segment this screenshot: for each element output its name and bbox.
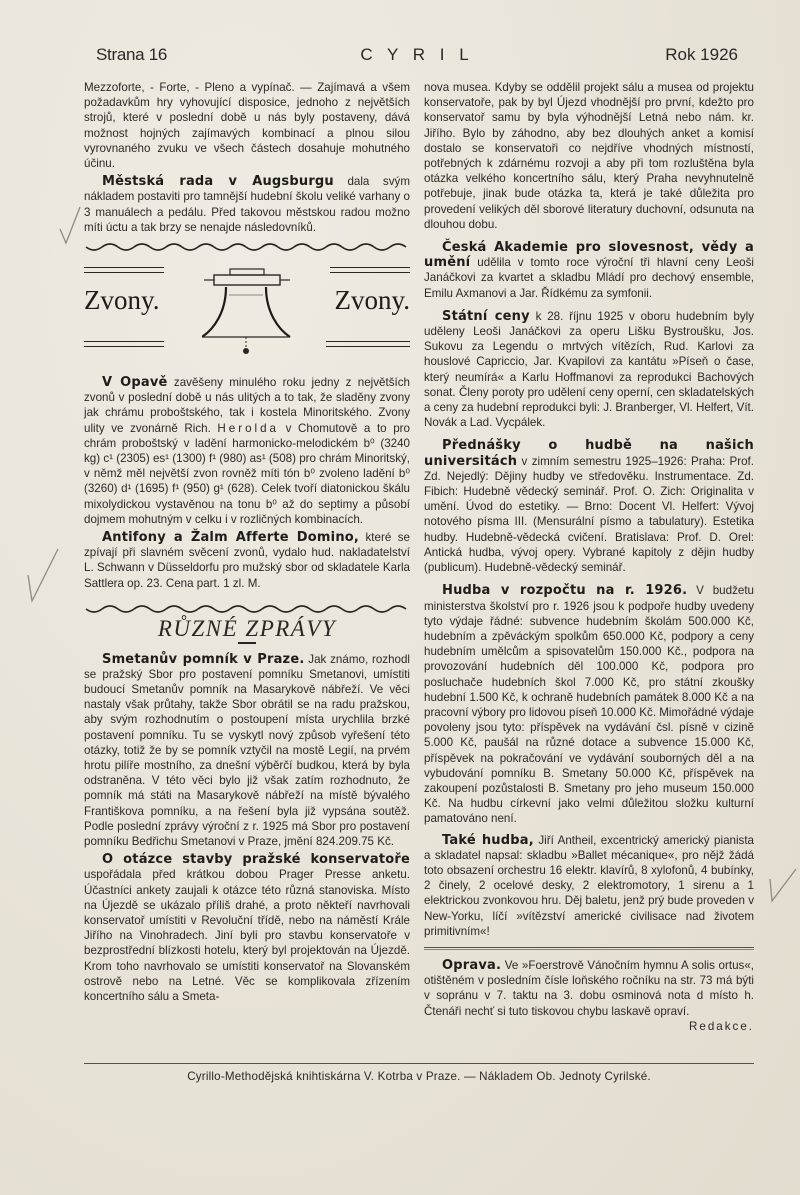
correction-article: Oprava. Ve »Foerstrově Vánočním hymnu A … bbox=[424, 958, 754, 1019]
konservator-article: O otázce stavby pražské konservatoře usp… bbox=[84, 852, 410, 1004]
augsburg-heading: Městská rada v Augsburgu bbox=[102, 174, 334, 189]
section-dash bbox=[238, 642, 256, 644]
konservator-article-cont: nova musea. Kdyby se oddělil projekt sál… bbox=[424, 80, 754, 232]
opava-article: V Opavě zavěšeny minulého roku jedny z n… bbox=[84, 375, 410, 527]
antheil-article: Také hudba, Jiří Antheil, excentrický am… bbox=[424, 833, 754, 939]
column-rule bbox=[424, 947, 754, 950]
double-rule bbox=[84, 267, 164, 273]
left-column: Mezzoforte, - Forte, - Pleno a vypínač. … bbox=[84, 80, 410, 1004]
masthead-title: C Y R I L bbox=[96, 45, 738, 65]
augsburg-article: Městská rada v Augsburgu dala svým nákla… bbox=[84, 174, 410, 235]
bells-heading-block: Zvony. Zvony. bbox=[84, 259, 410, 369]
smetana-heading: Smetanův pomník v Praze. bbox=[102, 652, 304, 667]
opava-text-cont: v Chomutově a to pro chrám proboštský v … bbox=[84, 422, 410, 526]
pencil-checkmark-icon bbox=[768, 865, 798, 905]
konservator-heading: O otázce stavby pražské konservatoře bbox=[102, 852, 410, 867]
editorial-signature: Redakce. bbox=[671, 1019, 754, 1034]
pencil-checkmark-icon bbox=[22, 545, 62, 605]
page-header: Strana 16 C Y R I L Rok 1926 bbox=[96, 45, 738, 69]
pencil-checkmark-icon bbox=[58, 205, 82, 245]
antheil-text: Jiří Antheil, excentrický americký piani… bbox=[424, 834, 754, 938]
double-rule bbox=[84, 341, 164, 347]
correction-heading: Oprava. bbox=[442, 958, 501, 973]
lectures-text: v zimním semestru 1925–1926: Praha: Prof… bbox=[424, 455, 754, 574]
konservator-text: uspořádala před krátkou dobou Prager Pre… bbox=[84, 868, 410, 1003]
ornamental-wave-divider bbox=[84, 605, 410, 615]
issue-year: Rok 1926 bbox=[665, 45, 738, 65]
opava-heading: V Opavě bbox=[102, 375, 168, 390]
akademie-article: Česká Akademie pro slovesnost, vědy a um… bbox=[424, 240, 754, 301]
state-prizes-heading: Státní ceny bbox=[442, 309, 530, 324]
bell-founder-name: Herolda bbox=[217, 422, 279, 435]
antifony-article: Antifony a Žalm Afferte Domino, které se… bbox=[84, 530, 410, 591]
printer-imprint: Cyrillo-Methodějská knihtiskárna V. Kotr… bbox=[84, 1063, 754, 1083]
smetana-text: Jak známo, rozhodl se pražský Sbor pro p… bbox=[84, 653, 410, 848]
state-prizes-text: k 28. říjnu 1925 v oboru hudebním byly u… bbox=[424, 310, 754, 429]
organ-article-end: Mezzoforte, - Forte, - Pleno a vypínač. … bbox=[84, 80, 410, 171]
bell-icon bbox=[202, 267, 292, 359]
newspaper-page: Strana 16 C Y R I L Rok 1926 Mezzoforte,… bbox=[0, 0, 800, 1195]
bells-title-left: Zvony. bbox=[84, 293, 160, 308]
budget-text: V budžetu ministerstva školství pro r. 1… bbox=[424, 584, 754, 825]
section-title: RŮZNÉ ZPRÁVY bbox=[84, 621, 410, 636]
right-column: nova musea. Kdyby se oddělil projekt sál… bbox=[424, 80, 754, 1034]
budget-article: Hudba v rozpočtu na r. 1926. V budžetu m… bbox=[424, 583, 754, 826]
ornamental-wave-divider bbox=[84, 243, 410, 253]
akademie-text: udělila v tomto roce výroční tři hlavní … bbox=[424, 256, 754, 299]
double-rule bbox=[326, 341, 410, 347]
budget-heading: Hudba v rozpočtu na r. 1926. bbox=[442, 583, 687, 598]
state-prizes-article: Státní ceny k 28. říjnu 1925 v oboru hud… bbox=[424, 309, 754, 431]
smetana-article: Smetanův pomník v Praze. Jak známo, rozh… bbox=[84, 652, 410, 850]
lectures-article: Přednášky o hudbě na našich universitách… bbox=[424, 438, 754, 575]
antheil-heading: Také hudba, bbox=[442, 833, 534, 848]
double-rule bbox=[330, 267, 410, 273]
antifony-heading: Antifony a Žalm Afferte Domino, bbox=[102, 530, 359, 545]
bells-title-right: Zvony. bbox=[335, 293, 411, 308]
